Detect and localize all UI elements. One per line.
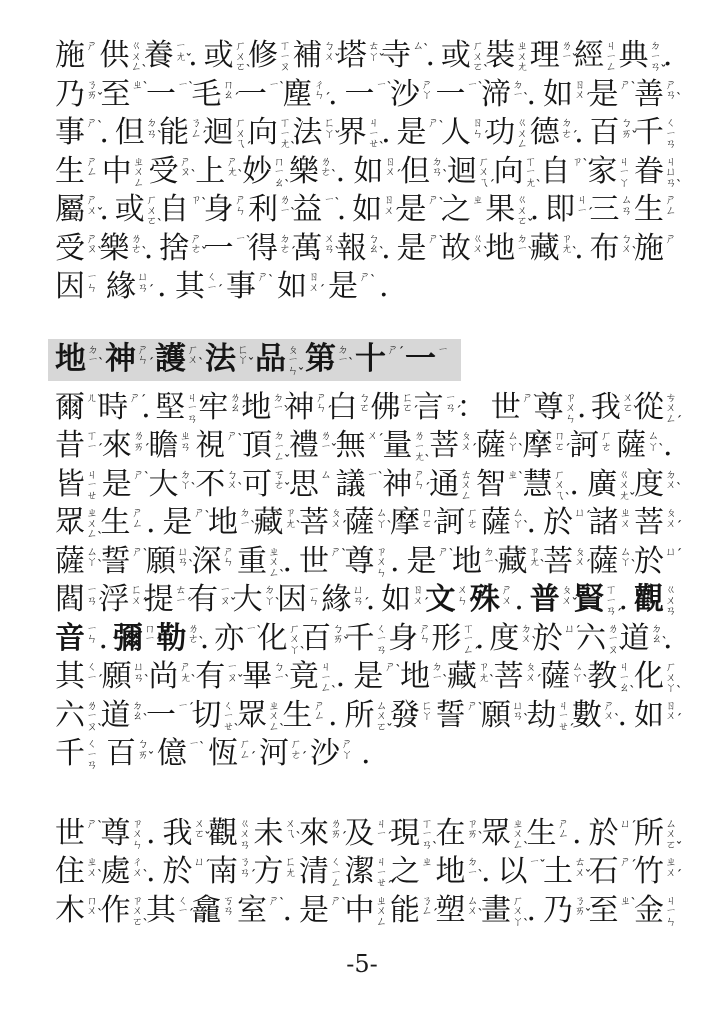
zhuyin-annotation: ㄕㄣˊ: [413, 470, 425, 491]
hanzi-character: 眾: [55, 505, 85, 540]
char-cell: 生ㄕㄥ: [55, 154, 98, 189]
char-cell: 三ㄙㄢ: [589, 192, 632, 227]
zhuyin-annotation: ㄨˊ: [367, 431, 379, 442]
hanzi-character: 千: [634, 115, 664, 150]
zhuyin-annotation: ㄇㄛˊ: [421, 508, 433, 529]
zhuyin-annotation: ㄗㄨㄣ: [376, 547, 388, 579]
zhuyin-annotation: ㄨㄢˋ: [323, 234, 335, 255]
hanzi-character: 室: [237, 893, 267, 928]
zhuyin-annotation: ㄍㄨˋ: [472, 234, 484, 255]
char-cell: 但ㄉㄢˋ: [115, 115, 158, 150]
tone-mark: ˋ: [494, 560, 500, 570]
hanzi-character: 沙: [390, 77, 420, 112]
zhuyin-annotation: ㄅㄧˋ: [273, 662, 285, 683]
tone-mark: ˇ: [585, 909, 591, 919]
char-cell: 如ㄖㄨˊ: [381, 582, 424, 617]
zhuyin-annotation: ㄐㄧㄢ: [186, 393, 198, 425]
char-cell: 是ㄕˋ: [589, 77, 632, 112]
char-cell: 生ㄕㄥ: [283, 698, 326, 733]
hanzi-character: 大: [149, 467, 179, 502]
hanzi-character: 我: [163, 816, 193, 851]
char-cell: 德ㄉㄜˊ: [530, 115, 573, 150]
zhuyin-annotation: ㄕㄨˇ: [86, 195, 98, 216]
char-cell: 妙ㄇㄧㄠˋ: [242, 154, 285, 189]
zhuyin-annotation: ㄖㄣˊ: [472, 118, 484, 139]
hanzi-character: 如: [381, 582, 411, 617]
tone-mark: ˋ: [442, 170, 448, 180]
hanzi-character: 方: [254, 854, 284, 889]
char-cell: 上ㄕㄤˋ: [195, 154, 238, 189]
zhuyin-annotation: ㄗㄨㄣ: [132, 819, 144, 851]
char-cell: 禮ㄌㄧˇ: [289, 428, 332, 463]
tone-mark: ˊ: [240, 406, 246, 416]
zhuyin-annotation: ㄩㄢˋ: [133, 662, 145, 683]
char-cell: 普ㄆㄨˇ: [530, 582, 573, 617]
tone-mark: ˊ: [325, 93, 331, 103]
char-cell: 世ㄕˋ: [299, 544, 342, 579]
zhuyin-annotation: ㄕㄚ: [421, 80, 433, 101]
tone-mark: ˋ: [284, 180, 290, 190]
zhuyin-annotation: ㄉㄨˋ: [520, 624, 532, 645]
zhuyin-annotation: ㄕˋ: [384, 662, 396, 673]
period-punctuation: .: [569, 467, 583, 502]
char-cell: 摩ㄇㄛˊ: [523, 428, 566, 463]
hanzi-character: 塔: [337, 38, 367, 73]
char-cell: 塔ㄊㄚˇ: [337, 38, 380, 73]
zhuyin-annotation: ㄑㄧˊ: [177, 896, 189, 917]
zhuyin-annotation: ㄏㄨㄟˊ: [478, 157, 490, 189]
bopomofo-letter: ㄢ: [223, 906, 235, 917]
zhuyin-annotation: ㄧㄢˊ: [445, 393, 457, 414]
char-cell: 向ㄒㄧㄤˋ: [248, 115, 291, 150]
text-line: 爾ㄦˇ時ㄕˊ.堅ㄐㄧㄢ牢ㄌㄠˊ地ㄉㄧˋ神ㄕㄣˊ白ㄅㄛˊ佛ㄈㄛˊ言ㄧㄢˊ：世ㄕˋ尊…: [55, 390, 677, 429]
hanzi-character: 受: [149, 154, 179, 189]
hanzi-character: 度: [634, 467, 664, 502]
hanzi-character: 屬: [55, 192, 85, 227]
zhuyin-annotation: ㄓㄨㄥˋ: [268, 547, 280, 579]
zhuyin-annotation: ㄒㄧㄢˊ: [605, 585, 617, 617]
hanzi-character: 生: [283, 698, 313, 733]
bopomofo-letter: ㄜ: [467, 519, 479, 530]
hanzi-character: 如: [352, 192, 382, 227]
zhuyin-annotation: ㄕˋ: [330, 896, 342, 907]
tone-mark: ˊ: [387, 832, 393, 842]
char-cell: 觀ㄍㄨㄢ: [634, 582, 677, 617]
hanzi-character: 畫: [481, 893, 511, 928]
char-cell: 勒ㄌㄜˋ: [156, 621, 199, 656]
hanzi-character: 於: [163, 854, 193, 889]
tone-mark: ˋ: [290, 142, 296, 152]
bopomofo-letter: ㄥ: [86, 167, 98, 178]
bopomofo-letter: ㄡ: [279, 62, 291, 73]
tone-mark: ˋ: [662, 637, 668, 647]
tone-mark: ˋ: [536, 180, 542, 190]
zhuyin-annotation: ㄗㄤˋ: [285, 508, 297, 529]
tone-mark: ˋ: [246, 236, 252, 246]
zhuyin-annotation: ㄉㄧㄢˇ: [649, 41, 661, 73]
tone-mark: ˋ: [527, 247, 533, 257]
hanzi-character: 是: [397, 231, 427, 266]
hanzi-character: 向: [248, 115, 278, 150]
char-cell: 或ㄏㄨㄛˋ: [204, 38, 247, 73]
zhuyin-annotation: ㄙㄚˋ: [620, 547, 632, 568]
zhuyin-annotation: ㄈㄚˇ: [323, 118, 335, 139]
hanzi-character: 地: [55, 342, 86, 377]
tone-mark: ˋ: [97, 870, 103, 880]
hanzi-character: 願: [102, 659, 132, 694]
hanzi-character: 樂: [99, 231, 129, 266]
tone-mark: ˋ: [97, 724, 103, 734]
tone-mark: ˇ: [230, 598, 236, 608]
char-cell: 補ㄅㄨˇ: [292, 38, 335, 73]
tone-mark: ˇ: [284, 483, 290, 493]
char-cell: 生ㄕㄥ: [101, 505, 144, 540]
period-punctuation: .: [157, 269, 171, 304]
zhuyin-annotation: ㄕˋ: [133, 470, 145, 481]
tone-mark: ˇ: [284, 455, 290, 465]
char-cell: 薩ㄙㄚˋ: [589, 544, 632, 579]
zhuyin-annotation: ㄙㄚˋ: [512, 508, 524, 529]
tone-mark: ˊ: [341, 521, 347, 531]
hanzi-character: 自: [159, 192, 189, 227]
hanzi-character: 尊: [101, 816, 131, 851]
hanzi-character: 是: [353, 659, 383, 694]
char-cell: 千ㄑㄧㄢ: [345, 621, 388, 656]
zhuyin-annotation: ㄕˋ: [428, 234, 440, 245]
zhuyin-annotation: ㄕˋ: [132, 547, 144, 558]
char-cell: 量ㄌㄧㄤˋ: [382, 428, 425, 463]
hanzi-character: 其: [175, 269, 205, 304]
char-cell: 文ㄨㄣˊ: [426, 582, 469, 617]
tone-mark: ˊ: [585, 511, 591, 521]
char-cell: 藏ㄗㄤˋ: [447, 659, 490, 694]
char-cell: 深ㄕㄣ: [192, 544, 235, 579]
tone-mark: ˊ: [585, 93, 591, 103]
tone-mark: ˋ: [423, 44, 429, 54]
tone-mark: ˋ: [614, 714, 620, 724]
char-cell: 畢ㄅㄧˋ: [242, 659, 285, 694]
hanzi-character: 摩: [523, 428, 553, 463]
char-cell: 地ㄉㄧˋ: [452, 544, 495, 579]
zhuyin-annotation: ㄉㄧˋ: [483, 547, 495, 568]
zhuyin-annotation: ㄕˋ: [194, 508, 206, 519]
hanzi-character: 以: [498, 854, 528, 889]
tone-mark: ˋ: [143, 870, 149, 880]
char-cell: 地ㄉㄧˋ: [400, 659, 443, 694]
zhuyin-annotation: ㄉㄧˋ: [87, 345, 99, 366]
bopomofo-letter: ㄢ: [665, 606, 677, 617]
char-cell: 牢ㄌㄠˊ: [198, 390, 241, 425]
chapter-heading: 地ㄉㄧˋ神ㄕㄣˊ護ㄏㄨˋ法ㄈㄚˇ品ㄆㄧㄣˇ第ㄉㄧˋ十ㄕˊ一ㄧ: [48, 339, 461, 381]
tone-mark: ˋ: [296, 521, 302, 531]
hanzi-character: 瞻: [149, 428, 179, 463]
zhuyin-annotation: ㄑㄧㄥ: [330, 857, 342, 889]
zhuyin-annotation: ㄕˋ: [86, 118, 98, 129]
char-cell: 是ㄕˋ: [328, 269, 371, 304]
char-cell: 功ㄍㄨㄥ: [485, 115, 528, 150]
hanzi-character: 誓: [101, 544, 131, 579]
char-cell: 是ㄕˋ: [397, 192, 440, 227]
zhuyin-annotation: ㄕˋ: [86, 819, 98, 830]
bopomofo-letter: ㄣ: [235, 206, 247, 217]
char-cell: 事ㄕˋ: [55, 115, 98, 150]
hanzi-character: 生: [634, 192, 664, 227]
char-cell: 中ㄓㄨㄥ: [345, 893, 388, 928]
hanzi-character: 諸: [589, 505, 619, 540]
hanzi-character: 百: [106, 736, 136, 771]
tone-mark: ˋ: [143, 82, 149, 92]
hanzi-character: 化: [634, 659, 664, 694]
tone-mark: ˋ: [246, 65, 252, 75]
zhuyin-annotation: ㄕˋ: [330, 547, 342, 558]
tone-mark: ˊ: [572, 131, 578, 141]
hanzi-character: 是: [299, 893, 329, 928]
char-cell: 地ㄉㄧˋ: [436, 854, 479, 889]
tone-mark: ˇ: [572, 598, 578, 608]
zhuyin-annotation: ㄕˋ: [428, 118, 440, 129]
zhuyin-annotation: ㄨㄣˊ: [457, 585, 469, 606]
bopomofo-letter: ㄢ: [86, 760, 98, 771]
zhuyin-annotation: ㄐㄧㄝˊ: [376, 857, 388, 889]
tone-mark: ˇ: [334, 54, 340, 64]
bopomofo-letter: ㄣ: [665, 917, 677, 928]
text-line: 其ㄑㄧˊ願ㄩㄢˋ尚ㄕㄤˋ有ㄧㄡˇ畢ㄅㄧˋ竟ㄐㄧㄥˋ.是ㄕˋ地ㄉㄧˋ藏ㄗㄤˋ菩ㄆㄨ…: [55, 659, 677, 698]
zhuyin-annotation: ㄇㄠˊ: [223, 80, 235, 101]
zhuyin-annotation: ㄙㄨㄛˇ: [376, 701, 388, 733]
hanzi-character: 典: [618, 38, 648, 73]
hanzi-character: 視: [195, 428, 225, 463]
zhuyin-annotation: ㄙㄨㄛˇ: [665, 819, 677, 851]
zhuyin-annotation: ㄉㄠˋ: [132, 701, 144, 722]
zhuyin-annotation: ㄩㄢˊ: [137, 272, 149, 293]
char-cell: 竟ㄐㄧㄥˋ: [289, 659, 332, 694]
zhuyin-annotation: ㄩˊ: [574, 508, 586, 519]
char-cell: 彌ㄇㄧˊ: [113, 621, 156, 656]
hanzi-character: 如: [353, 154, 383, 189]
hanzi-character: 其: [55, 659, 85, 694]
zhuyin-annotation: ㄩㄢˋ: [177, 547, 189, 568]
char-cell: 於ㄩˊ: [543, 505, 586, 540]
hanzi-character: 慧: [523, 467, 553, 502]
heading-row: 地ㄉㄧˋ神ㄕㄣˊ護ㄏㄨˋ法ㄈㄚˇ品ㄆㄧㄣˇ第ㄉㄧˋ十ㄕˊ一ㄧ: [55, 342, 449, 377]
zhuyin-annotation: ㄧㄣ: [86, 272, 98, 293]
tone-mark: ˋ: [188, 560, 194, 570]
tone-mark: ˋ: [97, 560, 103, 570]
zhuyin-annotation: ㄕㄤˋ: [180, 662, 192, 683]
hanzi-character: 或: [441, 38, 471, 73]
period-punctuation: .: [98, 621, 112, 656]
char-cell: 慧ㄏㄨㄟˋ: [523, 467, 566, 502]
tone-mark: ˊ: [97, 598, 103, 608]
char-cell: 未ㄨㄟˋ: [254, 816, 297, 851]
bopomofo-letter: ㄜ: [600, 442, 612, 453]
char-cell: 受ㄕㄡˋ: [149, 154, 192, 189]
tone-mark: ˊ: [394, 208, 400, 218]
char-cell: 能ㄋㄥˊ: [159, 115, 202, 150]
hanzi-character: 住: [55, 854, 85, 889]
tone-mark: ˊ: [250, 870, 256, 880]
zhuyin-annotation: ㄓˋ: [132, 80, 144, 91]
tone-mark: ˋ: [141, 247, 147, 257]
zhuyin-annotation: ㄉㄧˋ: [431, 662, 443, 683]
hanzi-character: 薩: [589, 544, 619, 579]
zhuyin-annotation: ㄧㄣ: [308, 585, 320, 606]
tone-mark: ˋ: [98, 358, 104, 368]
zhuyin-annotation: ㄏㄨㄚˋ: [665, 662, 677, 694]
tone-mark: ˊ: [144, 444, 150, 454]
tone-mark: ˋ: [478, 703, 484, 713]
zhuyin-annotation: ㄗˋ: [571, 157, 583, 168]
hanzi-character: 一: [405, 342, 436, 377]
paragraph-2: 爾ㄦˇ時ㄕˊ.堅ㄐㄧㄢ牢ㄌㄠˊ地ㄉㄧˋ神ㄕㄣˊ白ㄅㄛˊ佛ㄈㄛˊ言ㄧㄢˊ：世ㄕˋ尊…: [55, 390, 677, 775]
zhuyin-annotation: ㄕㄣˊ: [315, 393, 327, 414]
bopomofo-letter: ㄥ: [558, 829, 570, 840]
tone-mark: ˋ: [483, 65, 489, 75]
text-line: 千ㄑㄧㄢ百ㄅㄞˇ億ㄧˋ恆ㄏㄥˊ河ㄏㄜˊ沙ㄕㄚ.: [55, 736, 677, 775]
tone-mark: ˋ: [157, 131, 163, 141]
zhuyin-annotation: ㄏㄨㄛˋ: [146, 195, 158, 227]
tone-mark: ˇ: [540, 860, 546, 870]
tone-mark: ˊ: [188, 909, 194, 919]
zhuyin-annotation: ㄉㄜˊ: [561, 118, 573, 139]
zhuyin-annotation: ㄕˋ: [522, 393, 534, 404]
tone-mark: ˊ: [676, 549, 682, 559]
hanzi-character: 緣: [321, 582, 351, 617]
hanzi-character: 畢: [242, 659, 272, 694]
tone-mark: ˊ: [205, 860, 211, 870]
zhuyin-annotation: ㄘㄨㄥˊ: [665, 393, 677, 425]
hanzi-character: 施: [634, 231, 664, 266]
tone-mark: ˇ: [629, 493, 635, 503]
tone-mark: ˊ: [250, 752, 256, 762]
char-cell: 六ㄌㄧㄡˋ: [576, 621, 619, 656]
char-cell: 益ㄧˋ: [292, 192, 335, 227]
zhuyin-annotation: ㄕㄤˋ: [226, 157, 238, 178]
char-cell: 向ㄒㄧㄤˋ: [494, 154, 537, 189]
zhuyin-annotation: ㄕㄥ: [314, 701, 326, 722]
char-cell: 因ㄧㄣ: [55, 269, 98, 304]
zhuyin-annotation: ㄌㄧˇ: [320, 431, 332, 452]
hanzi-character: 一: [146, 77, 176, 112]
char-cell: 自ㄗˋ: [540, 154, 583, 189]
hanzi-character: 形: [431, 621, 461, 656]
zhuyin-annotation: ㄆㄨˊ: [574, 547, 586, 568]
hanzi-character: 菩: [543, 544, 573, 579]
tone-mark: ˋ: [523, 521, 529, 531]
char-cell: 報ㄅㄠˋ: [337, 231, 380, 266]
tone-mark: ˋ: [205, 511, 211, 521]
tone-mark: ˊ: [536, 675, 542, 685]
hanzi-character: 乃: [543, 893, 573, 928]
char-cell: 迴ㄏㄨㄟˊ: [447, 154, 490, 189]
zhuyin-annotation: ㄐㄧㄥˋ: [320, 662, 332, 694]
char-cell: 可ㄎㄜˇ: [242, 467, 285, 502]
hanzi-character: 世: [491, 390, 521, 425]
tone-mark: ˊ: [398, 347, 404, 357]
tone-mark: ˋ: [395, 665, 401, 675]
zhuyin-annotation: ㄓˋ: [620, 896, 632, 907]
hanzi-character: 或: [115, 192, 145, 227]
zhuyin-annotation: ㄕㄥ: [86, 157, 98, 178]
char-cell: 乃ㄋㄞˇ: [543, 893, 586, 928]
bopomofo-letter: ㄨ: [620, 519, 632, 530]
zhuyin-annotation: ㄗㄤˋ: [529, 547, 541, 568]
zhuyin-annotation: ㄉㄠˋ: [651, 624, 663, 645]
char-cell: 其ㄑㄧˊ: [175, 269, 218, 304]
zhuyin-annotation: ㄅㄛˊ: [358, 393, 370, 414]
zhuyin-annotation: ㄅㄞˇ: [332, 624, 344, 645]
hanzi-character: 菩: [634, 505, 664, 540]
char-cell: 音ㄧㄣ: [55, 621, 98, 656]
tone-mark: ˋ: [279, 724, 285, 734]
zhuyin-annotation: ㄙ: [320, 470, 332, 481]
tone-mark: ˋ: [439, 121, 445, 131]
tone-mark: ˋ: [379, 247, 385, 257]
zhuyin-annotation: ㄙㄨˋ: [467, 896, 479, 917]
tone-mark: ˊ: [575, 626, 581, 636]
zhuyin-annotation: ㄧㄡˇ: [219, 585, 231, 606]
zhuyin-annotation: ㄉㄜˊ: [279, 234, 291, 255]
char-cell: 道ㄉㄠˋ: [101, 698, 144, 733]
bopomofo-letter: ㄙ: [320, 470, 332, 481]
hanzi-character: 於: [589, 816, 619, 851]
char-cell: 一ㄧˋ: [204, 231, 247, 266]
tone-mark: ˋ: [143, 919, 149, 929]
bopomofo-letter: ㄢ: [376, 645, 388, 656]
tone-mark: ˋ: [334, 198, 340, 208]
hanzi-character: 捨: [159, 231, 189, 266]
text-line: 眾ㄓㄨㄥˋ生ㄕㄥ.是ㄕˋ地ㄉㄧˋ藏ㄗㄤˋ菩ㄆㄨˊ薩ㄙㄚˋ摩ㄇㄛˊ訶ㄏㄜ薩ㄙㄚˋ.…: [55, 505, 677, 544]
hanzi-character: 是: [163, 505, 193, 540]
char-cell: 法ㄈㄚˇ: [205, 342, 249, 377]
hanzi-character: 菩: [429, 428, 459, 463]
zhuyin-annotation: ㄉㄧˋ: [337, 345, 349, 366]
char-cell: 地ㄉㄧˋ: [241, 390, 284, 425]
char-cell: 是ㄕˋ: [407, 544, 450, 579]
zhuyin-annotation: ㄓ: [472, 195, 484, 206]
zhuyin-annotation: ㄅㄨˋ: [226, 470, 238, 491]
tone-mark: ˋ: [290, 208, 296, 218]
hanzi-character: 果: [485, 192, 515, 227]
tone-mark: ˇ: [343, 637, 349, 647]
period-punctuation: .: [379, 269, 393, 304]
zhuyin-annotation: ㄕㄨˋ: [603, 701, 615, 722]
zhuyin-annotation: ㄔㄣˊ: [314, 80, 326, 101]
tone-mark: ˋ: [478, 832, 484, 842]
zhuyin-annotation: ㄎㄢ: [223, 896, 235, 917]
period-punctuation: .: [390, 544, 404, 579]
char-cell: 數ㄕㄨˋ: [572, 698, 615, 733]
char-cell: 人ㄖㄣˊ: [441, 115, 484, 150]
bopomofo-letter: ㄥ: [460, 491, 472, 502]
hanzi-character: 能: [390, 893, 420, 928]
zhuyin-annotation: ㄐㄧㄚ: [618, 157, 630, 189]
char-cell: 地ㄉㄧˋ: [485, 231, 528, 266]
char-cell: 皆ㄐㄧㄝ: [55, 467, 98, 502]
char-cell: 果ㄍㄨㄛˇ: [485, 192, 528, 227]
zhuyin-annotation: ㄌㄧㄤˋ: [413, 431, 425, 463]
char-cell: 觀ㄍㄨㄢ: [208, 816, 251, 851]
hanzi-character: 昔: [55, 428, 85, 463]
bopomofo-letter: ㄥ: [605, 62, 617, 73]
zhuyin-annotation: ㄎㄜˇ: [273, 470, 285, 491]
hanzi-character: 上: [195, 154, 225, 189]
bopomofo-letter: ㄧ: [437, 345, 449, 356]
char-cell: 至ㄓˋ: [101, 77, 144, 112]
hanzi-character: 是: [397, 115, 427, 150]
char-cell: 眾ㄓㄨㄥˋ: [237, 698, 280, 733]
zhuyin-annotation: ㄐㄧㄥ: [605, 41, 617, 73]
